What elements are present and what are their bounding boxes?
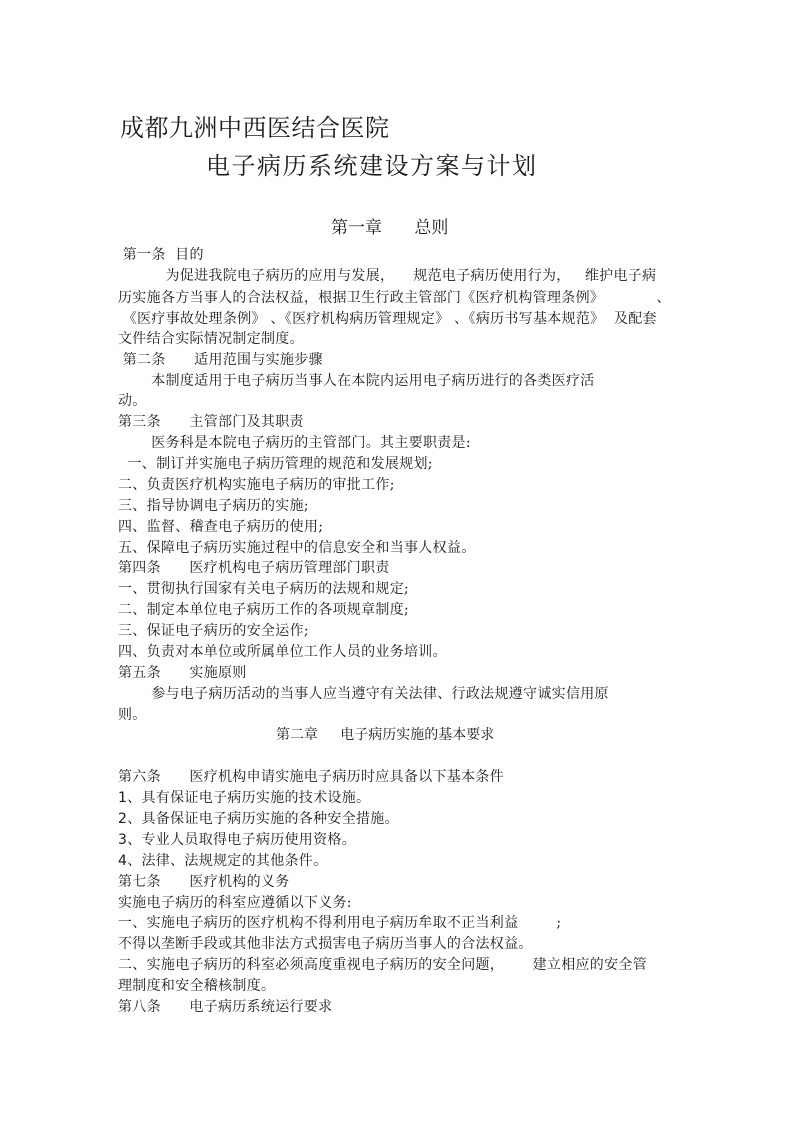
list-item: 3、专业人员取得电子病历使用资格。 xyxy=(118,831,356,849)
list-item: 三、指导协调电子病历的实施; xyxy=(118,497,309,515)
article-4-heading: 第四条 医疗机构电子病历管理部门职责 xyxy=(118,559,390,577)
paragraph-line: 不得以垄断手段或其他非法方式损害电子病历当事人的合法权益。 xyxy=(118,935,533,953)
chapter-1-heading: 第一章 总则 xyxy=(331,213,448,238)
chapter-2-heading: 第二章 电子病历实施的基本要求 xyxy=(276,724,494,744)
paragraph-line: 医务科是本院电子病历的主管部门。其主要职责是: xyxy=(118,434,471,452)
list-item: 二、制定本单位电子病历工作的各项规章制度; xyxy=(118,601,409,619)
article-1-heading: 第一条 目的 xyxy=(118,246,204,264)
list-item: 一、制订并实施电子病历管理的规范和发展规划; xyxy=(118,455,433,473)
list-item: 二、实施电子病历的科室必须高度重视电子病历的安全问题， 建立相应的安全管 xyxy=(118,956,647,974)
hospital-title: 成都九洲中西医结合医院 xyxy=(120,108,390,143)
paragraph-line: 动。 xyxy=(118,392,147,410)
list-item: 4、法律、法规规定的其他条件。 xyxy=(118,852,327,870)
paragraph-line: 历实施各方当事人的合法权益，根据卫生行政主管部门《医疗机构管理条例》 、 xyxy=(118,289,671,307)
article-3-heading: 第三条 主管部门及其职责 xyxy=(118,413,304,431)
article-7-heading: 第七条 医疗机构的义务 xyxy=(118,873,290,891)
article-6-heading: 第六条 医疗机构申请实施电子病历时应具备以下基本条件 xyxy=(118,768,504,786)
paragraph-line: 则。 xyxy=(118,706,147,724)
paragraph-line: 本制度适用于电子病历当事人在本院内运用电子病历进行的各类医疗活 xyxy=(118,372,595,390)
plan-title: 电子病历系统建设方案与计划 xyxy=(206,146,538,181)
paragraph-line: 《医疗事故处理条例》 、《医疗机构病历管理规定》 、《病历书写基本规范》 及配套 xyxy=(118,310,657,328)
paragraph-line: 实施电子病历的科室应遵循以下义务: xyxy=(118,894,352,912)
list-item: 五、保障电子病历实施过程中的信息安全和当事人权益。 xyxy=(118,539,476,557)
list-item: 三、保证电子病历的安全运作; xyxy=(118,622,309,640)
list-item: 1、具有保证电子病历实施的技术设施。 xyxy=(118,789,370,807)
list-item: 二、负责医疗机构实施电子病历的审批工作; xyxy=(118,476,395,494)
list-item: 2、具备保证电子病历实施的各种安全措施。 xyxy=(118,810,399,828)
article-5-heading: 第五条 实施原则 xyxy=(118,664,247,682)
paragraph-line: 为促进我院电子病历的应用与发展， 规范电子病历使用行为， 维护电子病 xyxy=(118,267,656,285)
paragraph-line: 理制度和安全稽核制度。 xyxy=(118,977,275,995)
article-2-heading: 第二条 适用范围与实施步骤 xyxy=(118,351,323,369)
paragraph-line: 参与电子病历活动的当事人应当遵守有关法律、行政法规遵守诚实信用原 xyxy=(118,685,609,703)
list-item: 四、监督、稽查电子病历的使用; xyxy=(118,518,323,536)
list-item: 四、负责对本单位或所属单位工作人员的业务培训。 xyxy=(118,643,447,661)
paragraph-line: 文件结合实际情况制定制度。 xyxy=(118,330,304,348)
list-item: 一、实施电子病历的医疗机构不得利用电子病历牟取不正当利益 ; xyxy=(118,914,561,932)
list-item: 一、贯彻执行国家有关电子病历的法规和规定; xyxy=(118,580,409,598)
article-8-heading: 第八条 电子病历系统运行要求 xyxy=(118,998,332,1016)
